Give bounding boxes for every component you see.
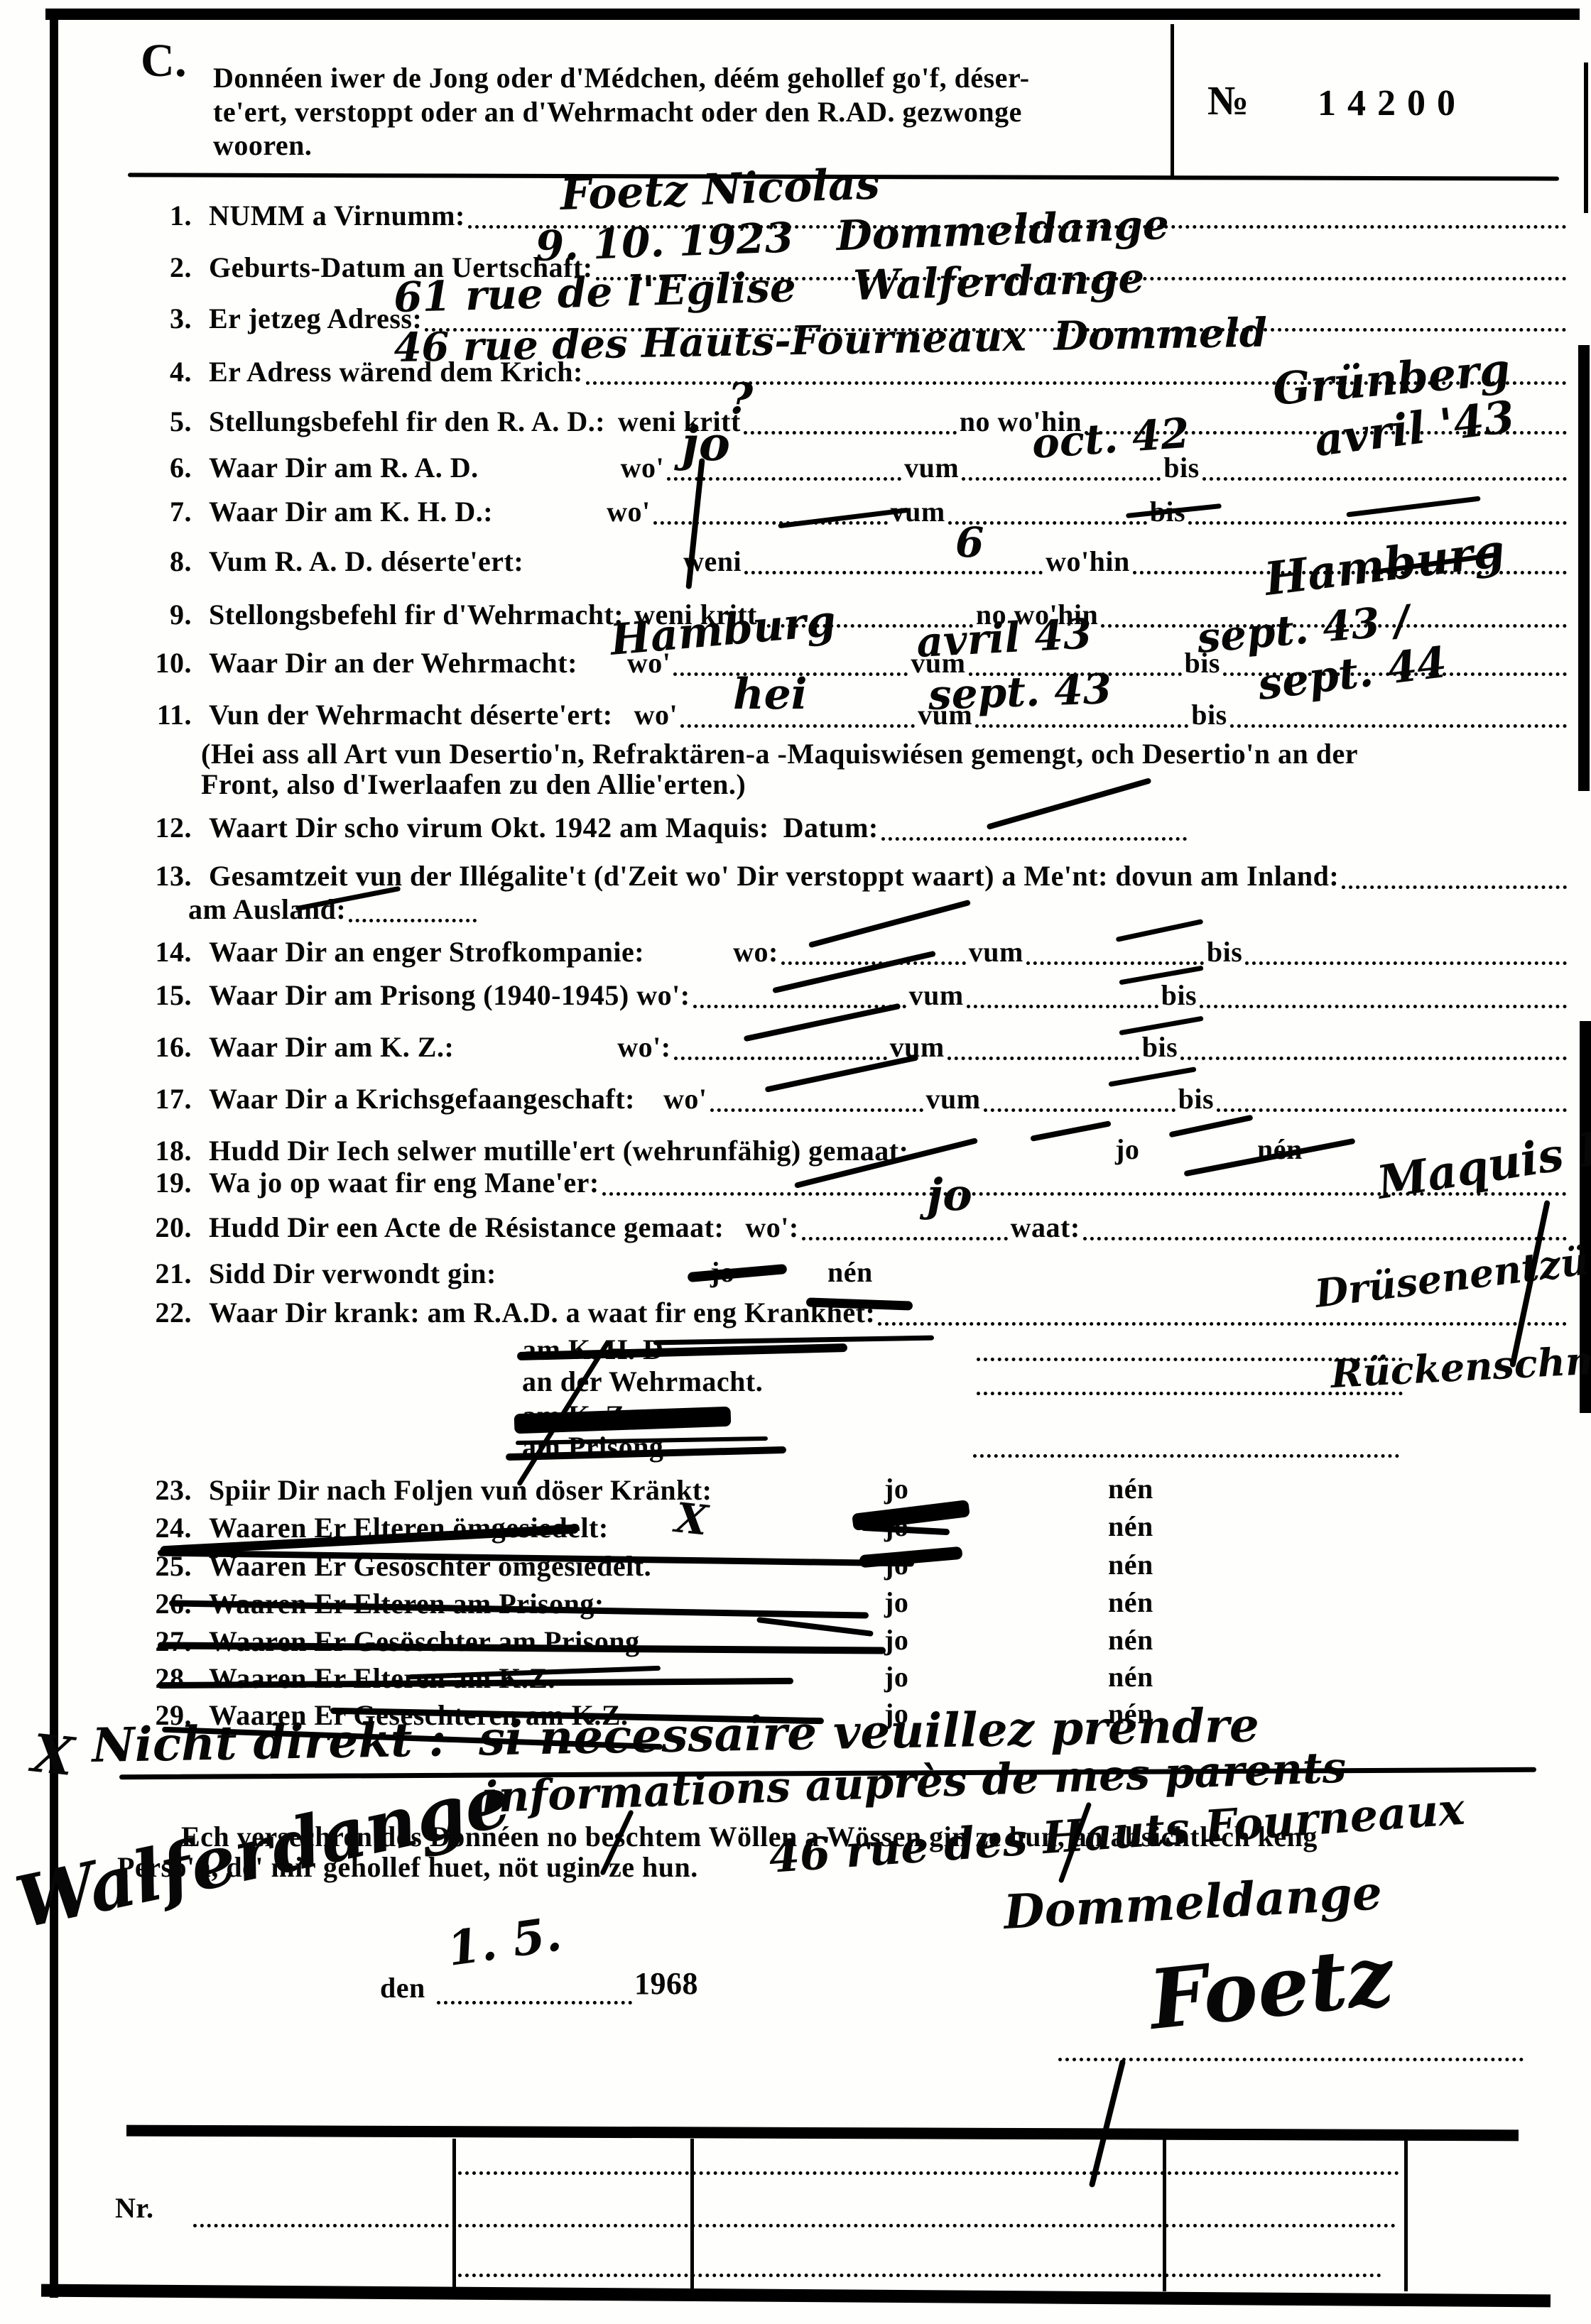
dotted-line (984, 1108, 1175, 1112)
printed-word: wo': (745, 1211, 798, 1245)
scan-border-top (45, 9, 1580, 20)
table-column-line (1404, 2139, 1408, 2291)
form-item-15: 15. Waar Dir am Prisong (1940-1945) wo':… (139, 976, 1570, 1013)
dotted-line (744, 431, 957, 435)
printed-word: bis (1207, 935, 1242, 969)
form-item-23: 23. Spiir Dir nach Foljen vun döser Krän… (139, 1471, 1570, 1507)
form-item-13b: am Ausland: (188, 890, 1570, 927)
item-label: Waar Dir am K. Z.: (209, 1030, 454, 1064)
item-number: 4. (139, 355, 192, 389)
dotted-line (744, 571, 1043, 574)
handwriting-date: 1. 5. (445, 1910, 564, 1973)
item-number: 3. (139, 302, 192, 336)
printed-jo: jo (884, 1623, 908, 1657)
table-dotted-line (193, 2224, 449, 2227)
form-item-11: 11. Vun der Wehrmacht déserte'ert: wo' v… (139, 695, 1570, 732)
dotted-line (653, 521, 888, 525)
item-number: 16. (139, 1030, 192, 1064)
handwriting-note-x: X (30, 1727, 76, 1784)
dotted-line (967, 1005, 1158, 1008)
item-number: 2. (139, 251, 192, 285)
printed-nen: nén (1108, 1660, 1153, 1694)
printed-nen: nén (1108, 1472, 1153, 1506)
item-label: NUMM a Virnumm: (209, 199, 465, 233)
printed-jo: jo (884, 1586, 908, 1620)
dotted-line (1200, 1005, 1567, 1008)
sub-label-wehrmacht: an der Wehrmacht. (522, 1365, 763, 1399)
form-item-12: 12. Waart Dir scho virum Okt. 1942 am Ma… (139, 808, 1570, 845)
date-dotted-line (437, 2001, 632, 2004)
item-number: 9. (139, 598, 192, 632)
parenthetical-note: Front, also d'Iwerlaafen zu den Allie'er… (201, 768, 746, 802)
item-number: 5. (139, 405, 192, 439)
item-label: Waar Dir am R. A. D. (209, 451, 479, 485)
handwriting-q10-from: avril 43 (916, 613, 1093, 663)
printed-word: waat: (1011, 1211, 1080, 1245)
dotted-line (802, 1237, 1008, 1240)
handwriting-q11-from: sept. 43 (928, 668, 1112, 716)
form-item-20: 20. Hudd Dir een Acte de Résistance gema… (139, 1208, 1570, 1245)
printed-word: bis (1178, 1082, 1214, 1116)
item-label: am Ausland: (188, 893, 346, 927)
table-column-line (452, 2139, 456, 2291)
dotted-line (881, 837, 1187, 841)
handwriting-name: Foetz Nicolas (560, 163, 881, 217)
form-item-16: 16. Waar Dir am K. Z.: wo': vum bis (139, 1027, 1570, 1064)
item-label: Waar Dir an enger Strofkompanie: (209, 935, 644, 969)
printed-word: bis (1161, 978, 1197, 1013)
header-divider (1171, 24, 1174, 179)
handwriting-q20-jo: jo (927, 1173, 972, 1217)
printed-word: bis (1142, 1030, 1178, 1064)
printed-word: vum (909, 978, 964, 1013)
section-letter: C. (141, 44, 187, 78)
handwriting-q11-where: hei (733, 673, 808, 716)
printed-word: bis (1191, 698, 1227, 732)
printed-word: wo' (621, 451, 665, 485)
item-label: Stellongsbefehl fir d'Wehrmacht: (209, 598, 624, 632)
item-label: Waaren Er Gesöschter am Prisong. (209, 1625, 647, 1659)
dotted-line (1217, 1108, 1567, 1112)
item-label: Gesamtzeit vun der Illégalite't (d'Zeit … (209, 859, 1339, 893)
item-label: Waar Dir a Krichsgefaangeschaft: (209, 1082, 635, 1116)
item-label: Waaren Er Elteren am K.Z. (209, 1662, 555, 1696)
table-column-line (690, 2139, 694, 2291)
item-number: 28. (139, 1662, 192, 1696)
dotted-line (710, 1108, 923, 1112)
dotted-line (878, 1322, 1567, 1326)
dotted-line (962, 477, 1161, 481)
item-label: Wa jo op waat fir eng Mane'er: (209, 1166, 599, 1200)
item-label: Vun der Wehrmacht déserte'ert: (209, 698, 613, 732)
printed-nen: nén (1108, 1586, 1153, 1620)
item-label: Waar Dir am K. H. D.: (209, 495, 493, 529)
dotted-line (1188, 521, 1567, 525)
dotted-line (973, 1454, 1399, 1458)
item-label: Waar Dir an der Wehrmacht: (209, 646, 577, 680)
printed-word: wo: (733, 935, 778, 969)
printed-word: vum (926, 1082, 981, 1116)
handwriting-place: Walferdange (10, 1764, 516, 1938)
item-number: 21. (139, 1257, 192, 1291)
item-number: 7. (139, 495, 192, 529)
printed-nen: nén (1108, 1548, 1153, 1582)
item-number: 23. (139, 1473, 192, 1507)
dotted-line (680, 724, 915, 728)
item-number: 13. (139, 859, 192, 893)
form-item-17: 17. Waar Dir a Krichsgefaangeschaft: wo'… (139, 1079, 1570, 1116)
dotted-line (1342, 885, 1567, 889)
form-title-line: Donnéen iwer de Jong oder d'Médchen, déé… (213, 61, 1030, 95)
date-word-den: den (380, 1971, 425, 2005)
handwriting-q9-where: Hamburg (1262, 528, 1507, 603)
printed-jo: jo (884, 1660, 908, 1694)
item-label: Waar Dir krank: am R.A.D. a waat fir eng… (209, 1296, 875, 1330)
handwriting-q6-from: oct. 42 (1031, 413, 1190, 464)
printed-word: wo': (617, 1030, 670, 1064)
scan-border-right-top (1584, 62, 1588, 213)
item-number: 14. (139, 935, 192, 969)
dotted-line (975, 724, 1188, 728)
printed-word: vum (969, 935, 1023, 969)
item-label: Waar Dir am Prisong (1940-1945) wo': (209, 978, 690, 1013)
signature-tail-stroke (1089, 2059, 1126, 2188)
printed-word: wo' (634, 698, 678, 732)
scanned-form-page: C. Donnéen iwer de Jong oder d'Médchen, … (0, 0, 1591, 2324)
table-dotted-line (458, 2171, 1399, 2175)
printed-jo: jo (884, 1472, 908, 1506)
dotted-line (1230, 724, 1567, 728)
item-label: Hudd Dir een Acte de Résistance gemaat: (209, 1211, 724, 1245)
form-item-14: 14. Waar Dir an enger Strofkompanie: wo:… (139, 932, 1570, 969)
printed-jo: jo (1115, 1133, 1139, 1167)
table-rule-top (126, 2125, 1519, 2142)
printed-word: wo' (607, 495, 651, 529)
item-label: Sidd Dir verwondt gin: (209, 1257, 496, 1291)
year-printed: 1968 (634, 1967, 698, 2001)
item-label: Stellungsbefehl fir den R. A. D.: (209, 405, 605, 439)
printed-word: wo' (663, 1082, 707, 1116)
item-number: 6. (139, 451, 192, 485)
handwriting-q6-jo: jo (682, 420, 730, 467)
dotted-line (947, 1057, 1139, 1060)
handwriting-signature: Foetz (1146, 1935, 1397, 2041)
signature-dotted-line (1058, 2058, 1524, 2061)
table-column-line (1163, 2139, 1166, 2291)
printed-nen: nén (1108, 1623, 1153, 1657)
item-label: Spiir Dir nach Foljen vun döser Kränkt: (209, 1473, 712, 1507)
dotted-line (1026, 961, 1204, 965)
item-label: Er jetzeg Adress: (209, 302, 422, 336)
hw-stroke (653, 1336, 934, 1346)
dotted-line (1180, 1057, 1567, 1060)
dotted-line (1245, 961, 1567, 965)
item-label: Waart Dir scho virum Okt. 1942 am Maquis… (209, 811, 769, 845)
handwriting-q22-wehrmacht: Rückenschmerzen (1330, 1334, 1591, 1393)
nr-label: Nr. (115, 2191, 153, 2225)
item-number: 11. (139, 698, 192, 732)
dotted-line (674, 1057, 887, 1060)
form-item-13: 13. Gesamtzeit vun der Illégalite't (d'Z… (139, 856, 1570, 893)
item-number: 24. (139, 1511, 192, 1545)
printed-nen: nén (1108, 1510, 1153, 1544)
item-label: Vum R. A. D. déserte'ert: (209, 545, 523, 579)
scan-border-left (50, 10, 58, 2298)
item-number: 19. (139, 1166, 192, 1200)
table-rule-bottom (41, 2284, 1551, 2308)
dotted-line (349, 919, 477, 922)
dotted-line (1083, 1237, 1567, 1240)
form-title-line: te'ert, verstoppt oder an d'Wehrmacht od… (213, 95, 1022, 129)
handwriting-q5-mark: ? (728, 378, 753, 420)
item-number: 12. (139, 811, 192, 845)
parenthetical-note: (Hei ass all Art vun Desertio'n, Refrakt… (201, 737, 1358, 771)
form-item-28: 28. Waaren Er Elteren am K.Z. jo nén (139, 1659, 1570, 1696)
printed-nen: nén (827, 1255, 873, 1289)
item-number: 1. (139, 199, 192, 233)
item-number: 17. (139, 1082, 192, 1116)
printed-word: vum (904, 451, 959, 485)
scan-border-right (1578, 345, 1590, 791)
handwriting-x-mark: X (673, 1497, 710, 1541)
table-dotted-line (458, 2274, 1381, 2277)
item-number: 15. (139, 978, 192, 1013)
item-number: 8. (139, 545, 192, 579)
number-label: № (1207, 84, 1249, 118)
printed-word: wo'hin (1046, 545, 1130, 579)
handwriting-q8-mark: 6 (955, 522, 984, 563)
item-number: 22. (139, 1296, 192, 1330)
dotted-line (1202, 477, 1567, 481)
table-dotted-line (458, 2224, 1396, 2227)
item-number: 20. (139, 1211, 192, 1245)
item-number: 10. (139, 646, 192, 680)
form-title-line: wooren. (213, 129, 312, 163)
form-number: 14200 (1318, 87, 1467, 121)
printed-word: Datum: (783, 811, 879, 845)
